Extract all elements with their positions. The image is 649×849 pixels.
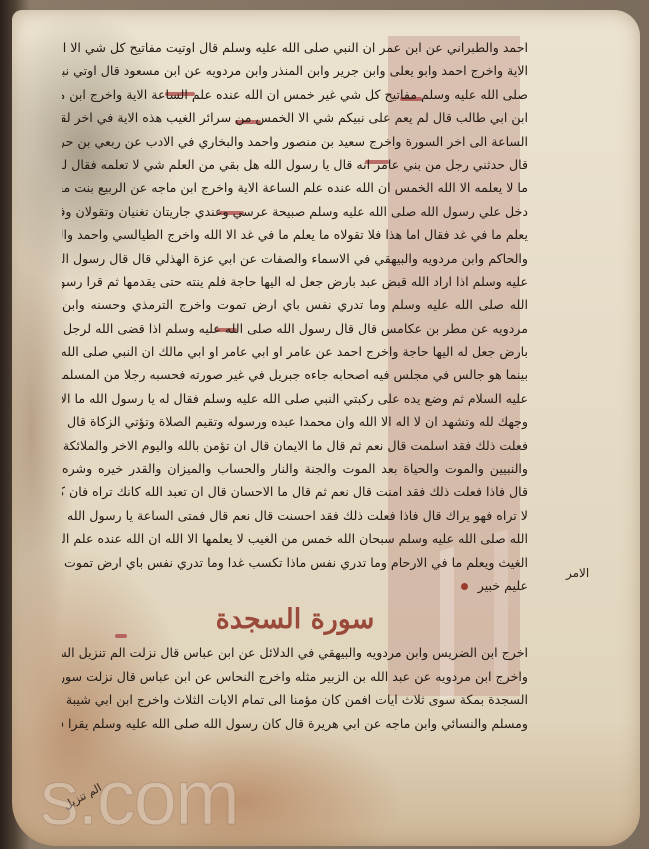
text-line: عليه وسلم اذا اراد الله قبض عبد بارض جعل…: [62, 270, 528, 293]
margin-note: الامر: [566, 566, 589, 580]
text-line: الغيث ويعلم ما في الارحام وما تدري نفس م…: [62, 551, 528, 574]
verse-end-marker-icon: [461, 583, 468, 590]
text-line: ما لا يعلمه الا الله الخمس ان الله عنده …: [62, 176, 528, 199]
text-line: بارض جعل له اليها حاجة واخرج احمد عن عام…: [62, 340, 528, 363]
text-line: الله صلى الله عليه وسلم سبحان الله خمس م…: [62, 527, 528, 550]
text-line: الساعة الى اخر السورة واخرج سعيد بن منصو…: [62, 130, 528, 153]
text-line: مردويه عن مطر بن عكامس قال قال رسول الله…: [62, 317, 528, 340]
closing-words: عليم خبير: [478, 578, 528, 593]
text-line: الله صلى الله عليه وسلم وما تدري نفس باي…: [62, 293, 528, 316]
text-line: والحاكم وابن مردويه والبيهقي في الاسماء …: [62, 247, 528, 270]
manuscript-text-body: احمد والطبراني عن ابن عمر ان النبي صلى ا…: [62, 36, 528, 735]
text-line: اخرج ابن الضريس وابن مردويه والبيهقي في …: [62, 641, 528, 664]
text-line: فعلت ذلك فقد اسلمت قال نعم ثم قال ما الا…: [62, 434, 528, 457]
text-line: السجدة بمكة سوى ثلاث ايات افمن كان مؤمنا…: [62, 688, 528, 711]
text-line: بينما هو جالس في مجلس فيه اصحابه جاءه جب…: [62, 363, 528, 386]
text-line: والنبيين والموت والحياة بعد الموت والجنة…: [62, 457, 528, 480]
text-line: عليه السلام ثم وضع يده على ركبتي النبي ص…: [62, 387, 528, 410]
text-line: واخرج ابن مردويه عن عبد الله بن الزبير م…: [62, 665, 528, 688]
text-line: احمد والطبراني عن ابن عمر ان النبي صلى ا…: [62, 36, 528, 59]
text-line: وجهك لله وتشهد ان لا اله الا الله وان مح…: [62, 410, 528, 433]
text-line: قال فاذا فعلت ذلك فقد امنت قال نعم ثم قا…: [62, 480, 528, 503]
text-line: الاية واخرج احمد وابو يعلى وابن جرير واب…: [62, 59, 528, 82]
text-line-final: عليم خبير: [62, 574, 528, 597]
surah-heading: سورة السجدة: [216, 608, 375, 631]
surah-heading-row: سورة السجدة: [62, 597, 528, 641]
text-line: لا تراه فهو يراك قال فاذا فعلت ذلك فقد ا…: [62, 504, 528, 527]
text-line: صلى الله عليه وسلم مفاتيح كل شي غير خمس …: [62, 83, 528, 106]
text-line: ابن ابي طالب قال لم يعم على نبيكم شي الا…: [62, 106, 528, 129]
text-line: قال حدثني رجل من بني عامر انه قال يا رسو…: [62, 153, 528, 176]
text-line: يعلم ما في غد فقال اما هذا فلا تقولاه ما…: [62, 223, 528, 246]
text-line: دخل علي رسول الله صلى الله عليه وسلم صبي…: [62, 200, 528, 223]
text-line: ومسلم والنسائي وابن ماجه عن ابي هريرة قا…: [62, 712, 528, 735]
